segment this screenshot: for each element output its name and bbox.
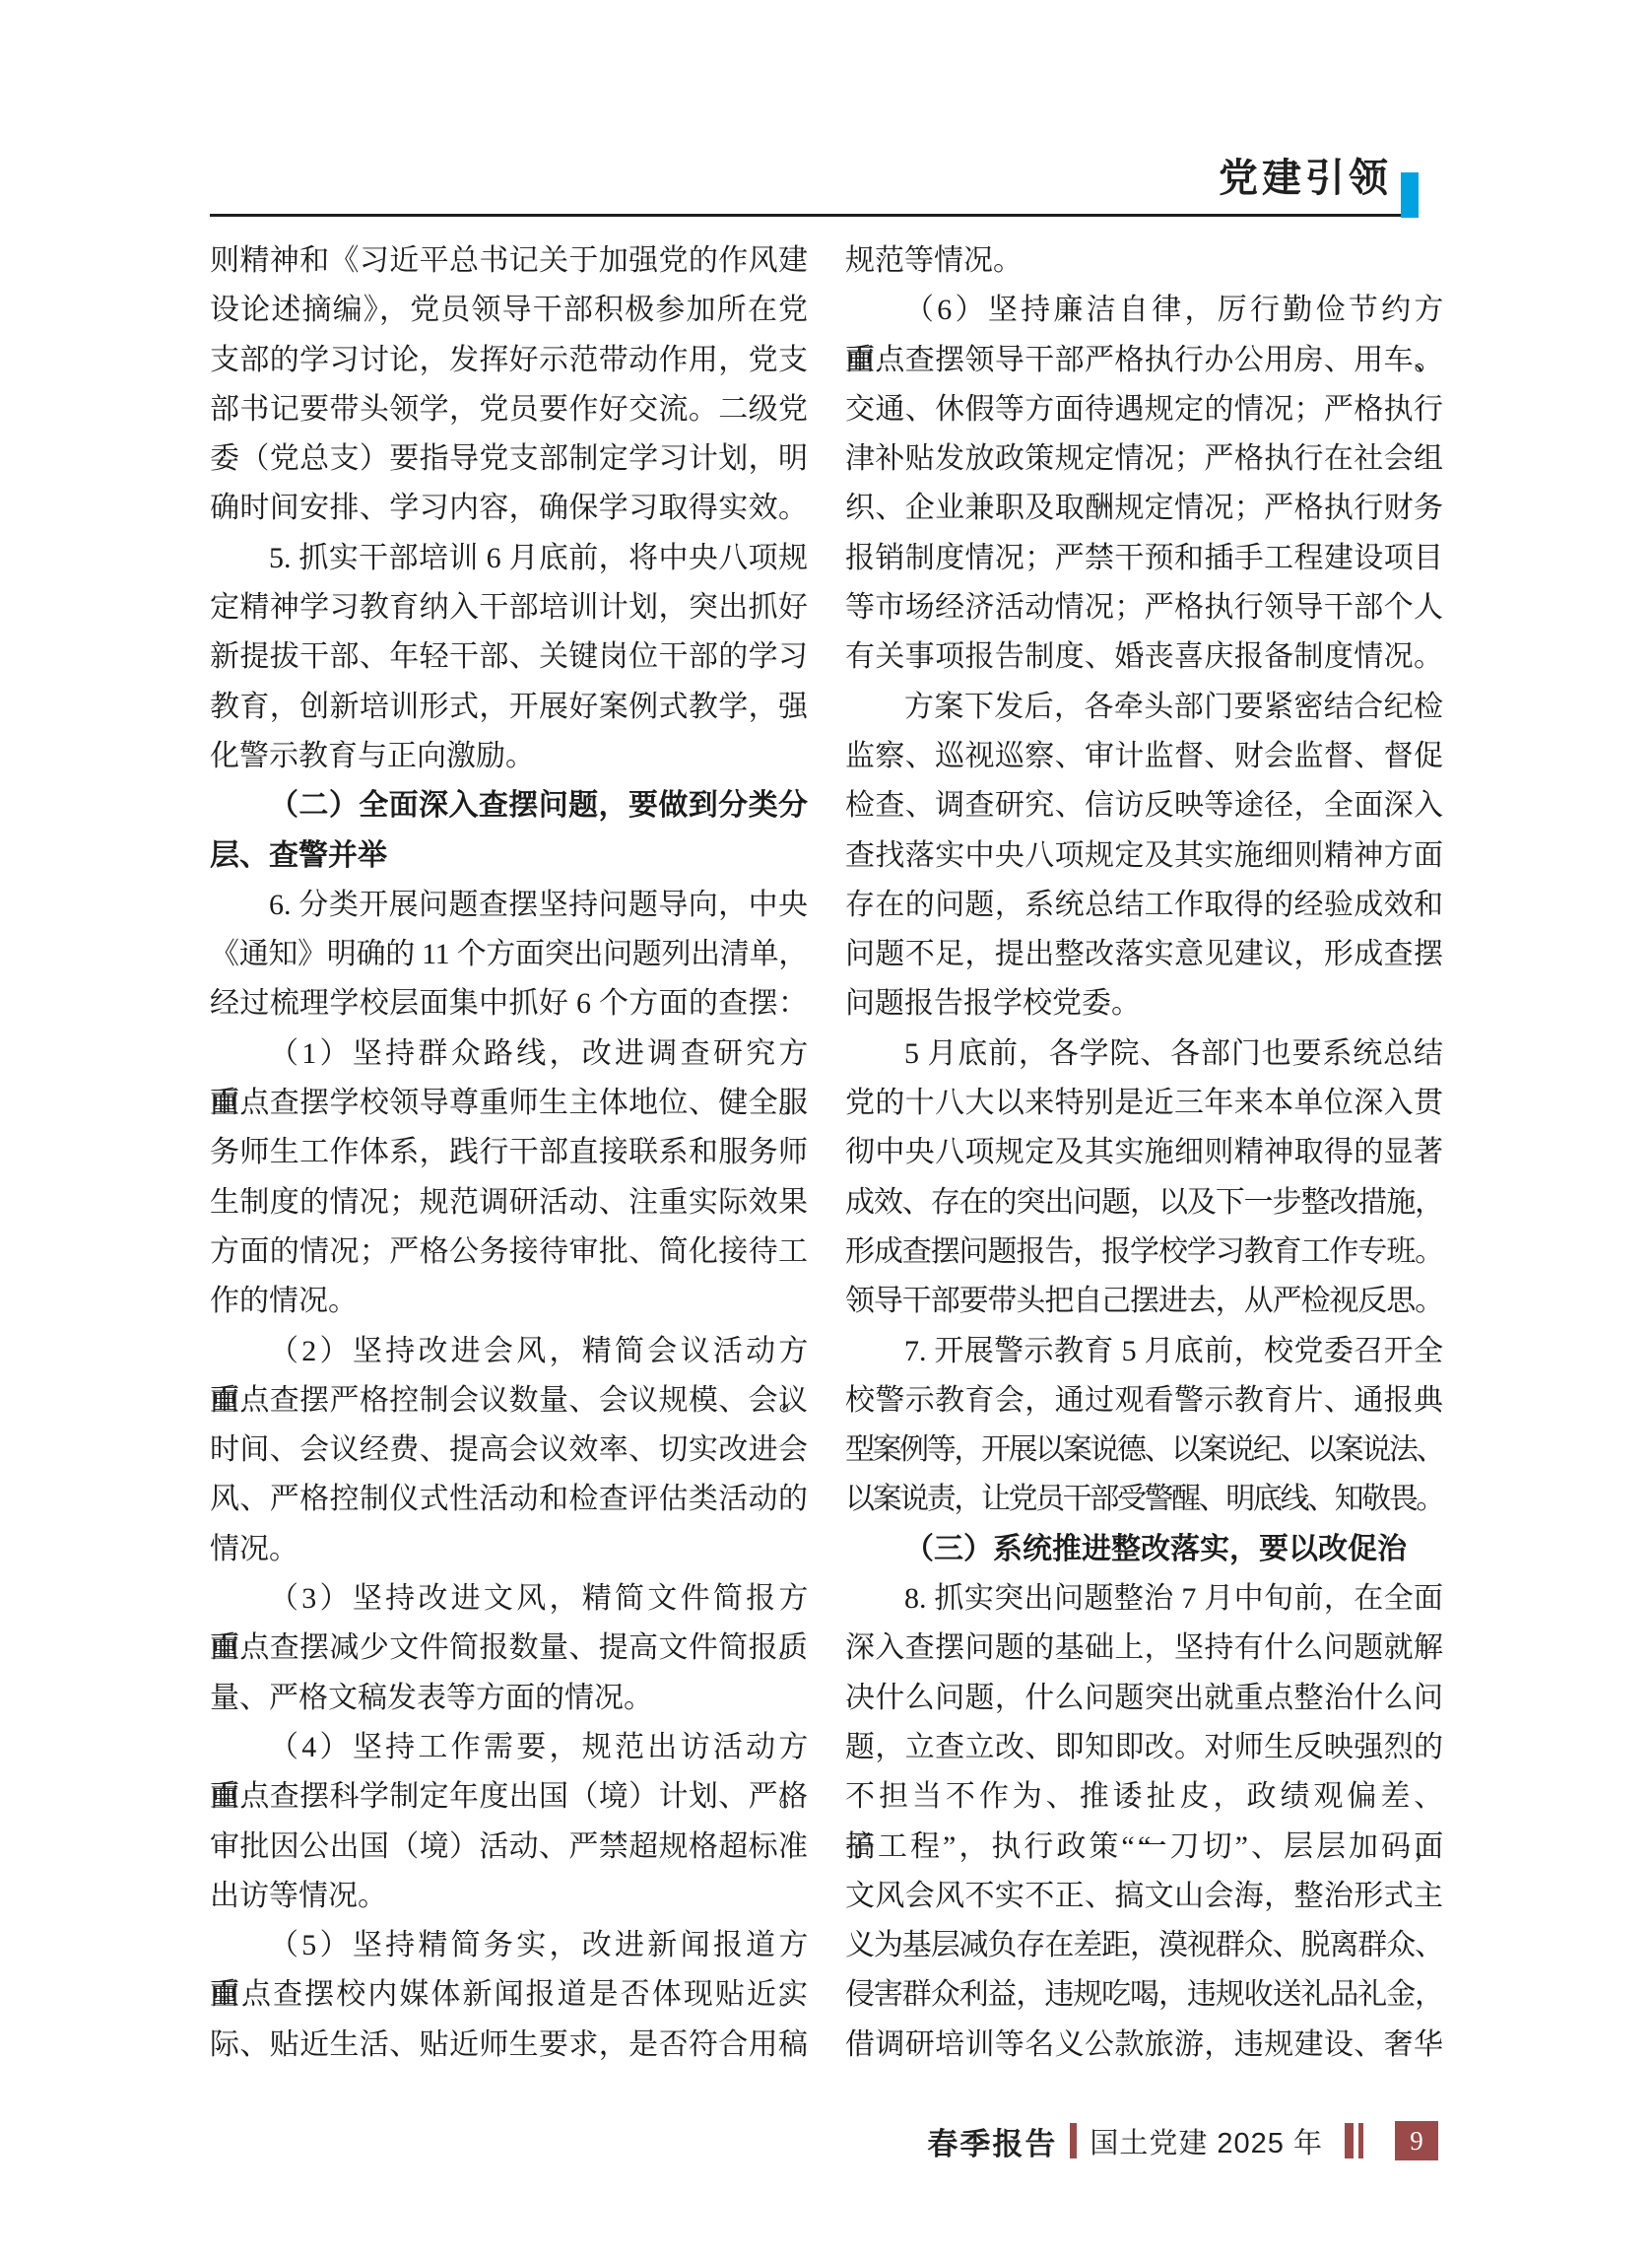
text-line: 问题不足，提出整改落实意见建议，形成查摆 [845, 930, 1443, 979]
footer-double-bar-thin [1358, 2123, 1363, 2158]
text-line: （5）坚持精简务实，改进新闻报道方面。 [210, 1921, 808, 1970]
text-line: 新提拔干部、年轻干部、关键岗位干部的学习 [210, 632, 808, 682]
text-line: 5 月底前，各学院、各部门也要系统总结 [845, 1029, 1443, 1079]
text-line: 存在的问题，系统总结工作取得的经验成效和 [845, 881, 1443, 930]
text-line: 子工程”，执行政策“一刀切”、层层加码， [845, 1823, 1443, 1872]
header-accent-square [1401, 172, 1419, 218]
text-line: （三）系统推进整改落实，要以改促治 [845, 1525, 1443, 1574]
text-line: 形成查摆问题报告，报学校学习教育工作专班。 [845, 1228, 1443, 1277]
text-line: 情况。 [210, 1525, 808, 1574]
text-line: 确时间安排、学习内容，确保学习取得实效。 [210, 484, 808, 533]
text-line: 重点查摆校内媒体新闻报道是否体现贴近实 [210, 1970, 808, 2020]
section-header-title: 党建引领 [1219, 152, 1392, 205]
document-page: 党建引领 则精神和《习近平总书记关于加强党的作风建设论述摘编》，党员领导干部积极… [0, 0, 1652, 2257]
text-line: （6）坚持廉洁自律，厉行勤俭节约方面。 [845, 286, 1443, 335]
text-line: 定精神学习教育纳入干部培训计划，突出抓好 [210, 583, 808, 632]
text-line: 领导干部要带头把自己摆进去，从严检视反思。 [845, 1277, 1443, 1326]
page-number-badge: 9 [1395, 2121, 1438, 2160]
text-line: 侵害群众利益，违规吃喝，违规收送礼品礼金， [845, 1970, 1443, 2020]
text-line: 监察、巡视巡察、审计监督、财会监督、督促 [845, 732, 1443, 781]
text-line: 则精神和《习近平总书记关于加强党的作风建 [210, 236, 808, 286]
text-line: 型案例等，开展以案说德、以案说纪、以案说法、 [845, 1426, 1443, 1475]
text-line: 交通、休假等方面待遇规定的情况；严格执行 [845, 385, 1443, 434]
text-line: 方案下发后，各牵头部门要紧密结合纪检 [845, 683, 1443, 732]
text-line: 7. 开展警示教育 5 月底前，校党委召开全 [845, 1327, 1443, 1376]
text-line: （2）坚持改进会风，精简会议活动方面。 [210, 1327, 808, 1376]
text-line: 部书记要带头领学，党员要作好交流。二级党 [210, 385, 808, 434]
page-footer: 春季报告 国土党建 2025 年 9 [927, 2120, 1438, 2161]
text-line: 报销制度情况；严禁干预和插手工程建设项目 [845, 534, 1443, 583]
text-line: 重点查摆严格控制会议数量、会议规模、会议 [210, 1376, 808, 1426]
text-line: 方面的情况；严格公务接待审批、简化接待工 [210, 1228, 808, 1277]
text-line: 5. 抓实干部培训 6 月底前，将中央八项规 [210, 534, 808, 583]
text-line: 经过梳理学校层面集中抓好 6 个方面的查摆： [210, 979, 808, 1029]
text-line: （二）全面深入查摆问题，要做到分类分 [210, 781, 808, 830]
text-line: 重点查摆科学制定年度出国（境）计划、严格 [210, 1772, 808, 1822]
text-line: 党的十八大以来特别是近三年来本单位深入贯 [845, 1079, 1443, 1128]
text-line: 6. 分类开展问题查摆坚持问题导向，中央 [210, 881, 808, 930]
text-line: 检查、调查研究、信访反映等途径，全面深入 [845, 781, 1443, 830]
header-rule [210, 214, 1401, 217]
text-line: 化警示教育与正向激励。 [210, 732, 808, 781]
text-line: 查找落实中央八项规定及其实施细则精神方面 [845, 831, 1443, 881]
text-line: 问题报告报学校党委。 [845, 979, 1443, 1029]
text-line: 出访等情况。 [210, 1872, 808, 1921]
text-line: 务师生工作体系，践行干部直接联系和服务师 [210, 1128, 808, 1177]
text-line: 风、严格控制仪式性活动和检查评估类活动的 [210, 1475, 808, 1524]
text-line: 深入查摆问题的基础上，坚持有什么问题就解 [845, 1624, 1443, 1673]
right-text-column: 规范等情况。（6）坚持廉洁自律，厉行勤俭节约方面。重点查摆领导干部严格执行办公用… [845, 236, 1443, 2070]
footer-divider-bar [1070, 2123, 1077, 2158]
text-line: 津补贴发放政策规定情况；严格执行在社会组 [845, 434, 1443, 484]
text-line: 重点查摆学校领导尊重师生主体地位、健全服 [210, 1079, 808, 1128]
text-line: 文风会风不实不正、搞文山会海，整治形式主 [845, 1872, 1443, 1921]
text-line: 时间、会议经费、提高会议效率、切实改进会 [210, 1426, 808, 1475]
page-number: 9 [1410, 2126, 1423, 2157]
text-line: 成效、存在的突出问题，以及下一步整改措施， [845, 1178, 1443, 1228]
text-line: 层、查警并举 [210, 831, 808, 881]
text-line: 重点查摆减少文件简报数量、提高文件简报质 [210, 1624, 808, 1673]
footer-double-bar-thick [1345, 2123, 1354, 2158]
text-line: 规范等情况。 [845, 236, 1443, 286]
text-line: 审批因公出国（境）活动、严禁超规格超标准 [210, 1823, 808, 1872]
text-line: 织、企业兼职及取酬规定情况；严格执行财务 [845, 484, 1443, 533]
text-line: （4）坚持工作需要，规范出访活动方面。 [210, 1723, 808, 1772]
text-line: 重点查摆领导干部严格执行办公用房、用车、 [845, 336, 1443, 385]
text-line: 借调研培训等名义公款旅游，违规建设、奢华 [845, 2021, 1443, 2070]
text-line: 作的情况。 [210, 1277, 808, 1326]
text-line: 量、严格文稿发表等方面的情况。 [210, 1674, 808, 1723]
text-line: 教育，创新培训形式，开展好案例式教学，强 [210, 683, 808, 732]
text-line: 以案说责，让党员干部受警醒、明底线、知敬畏。 [845, 1475, 1443, 1524]
text-line: （3）坚持改进文风，精简文件简报方面。 [210, 1574, 808, 1624]
text-line: 义为基层减负存在差距，漠视群众、脱离群众、 [845, 1921, 1443, 1970]
text-line: 等市场经济活动情况；严格执行领导干部个人 [845, 583, 1443, 632]
text-line: 设论述摘编》，党员领导干部积极参加所在党 [210, 286, 808, 335]
journal-title: 春季报告 [927, 2119, 1057, 2163]
text-line: 不担当不作为、推诿扯皮，政绩观偏差、搞“面 [845, 1772, 1443, 1822]
text-line: 《通知》明确的 11 个方面突出问题列出清单， [210, 930, 808, 979]
text-line: 生制度的情况；规范调研活动、注重实际效果 [210, 1178, 808, 1228]
text-line: 彻中央八项规定及其实施细则精神取得的显著 [845, 1128, 1443, 1177]
text-line: 际、贴近生活、贴近师生要求，是否符合用稿 [210, 2021, 808, 2070]
text-line: 有关事项报告制度、婚丧喜庆报备制度情况。 [845, 632, 1443, 682]
text-line: 决什么问题，什么问题突出就重点整治什么问 [845, 1674, 1443, 1723]
text-line: （1）坚持群众路线，改进调查研究方面。 [210, 1029, 808, 1079]
issue-label: 国土党建 2025 年 [1090, 2121, 1323, 2161]
text-line: 支部的学习讨论，发挥好示范带动作用，党支 [210, 336, 808, 385]
left-text-column: 则精神和《习近平总书记关于加强党的作风建设论述摘编》，党员领导干部积极参加所在党… [210, 236, 808, 2070]
text-line: 8. 抓实突出问题整治 7 月中旬前，在全面 [845, 1574, 1443, 1624]
text-line: 题，立查立改、即知即改。对师生反映强烈的 [845, 1723, 1443, 1772]
text-line: 委（党总支）要指导党支部制定学习计划，明 [210, 434, 808, 484]
text-line: 校警示教育会，通过观看警示教育片、通报典 [845, 1376, 1443, 1426]
